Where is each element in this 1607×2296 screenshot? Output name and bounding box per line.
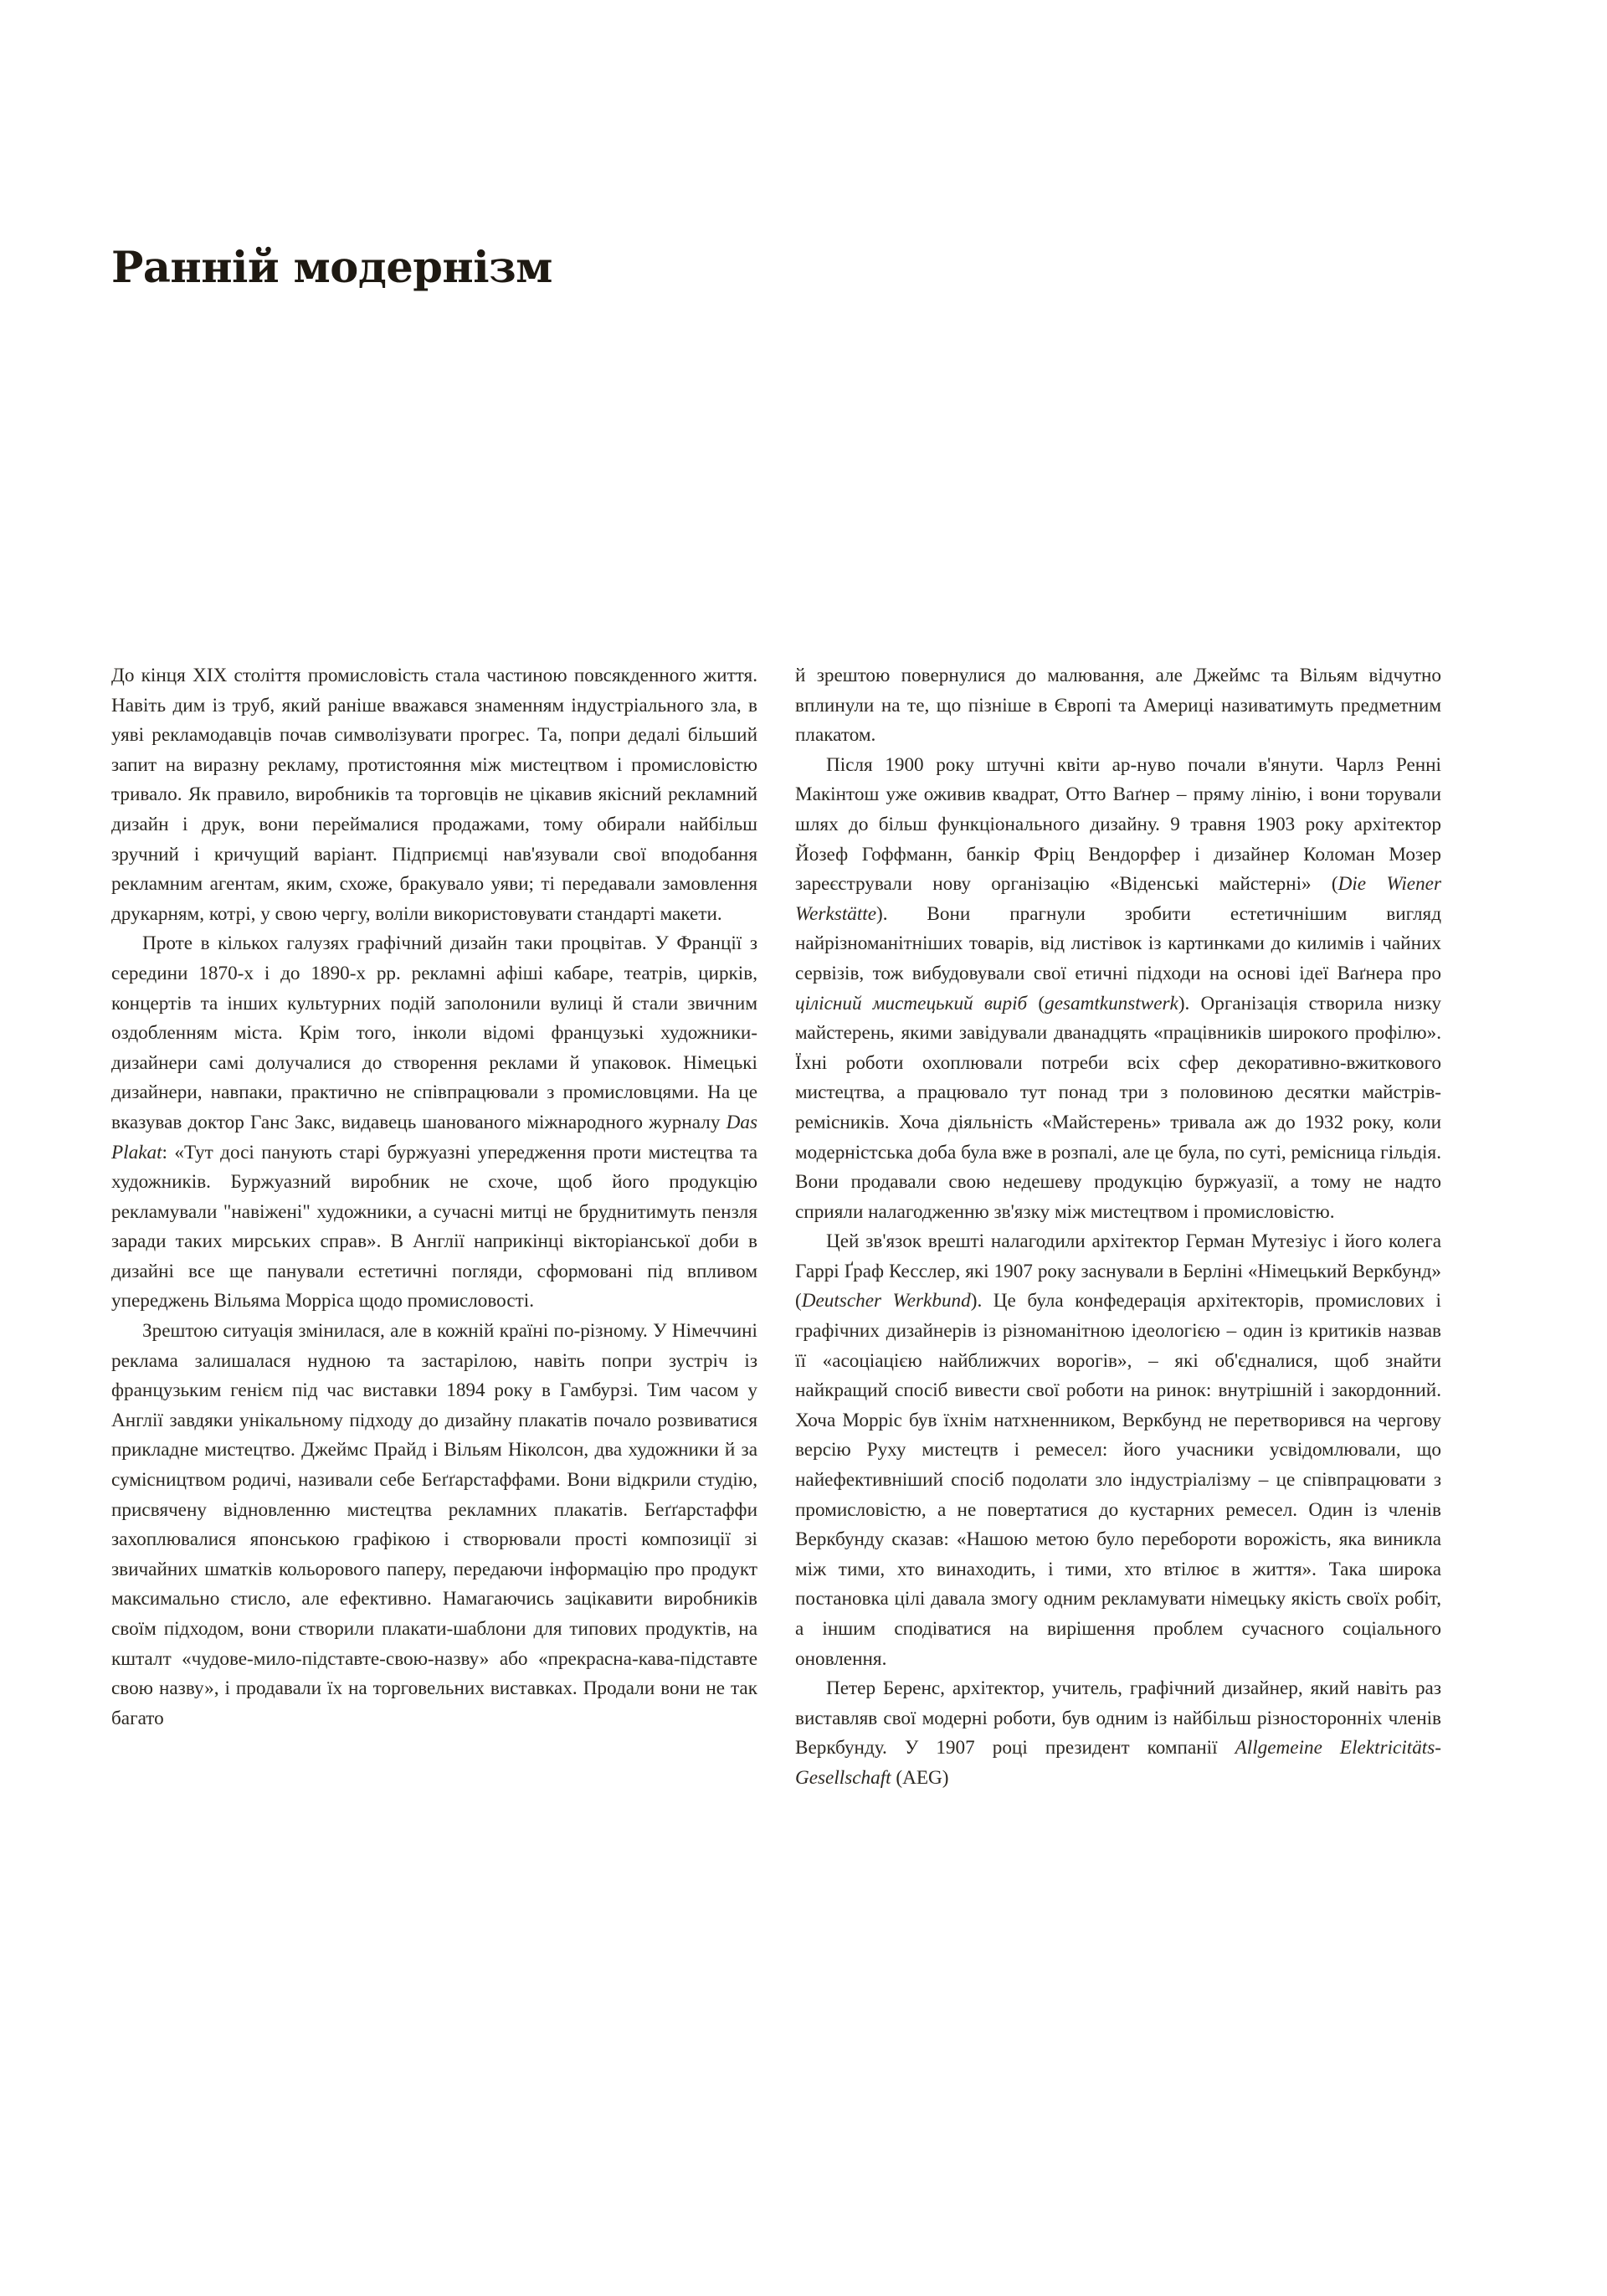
paragraph-5: Після 1900 року штучні квіти ар-нуво поч… bbox=[795, 751, 1441, 1228]
paragraph-6: Цей зв'язок врешті налагодили архітектор… bbox=[795, 1227, 1441, 1674]
paragraph-1: До кінця XIX століття промисловість стал… bbox=[111, 661, 757, 929]
text-segment: ). Організація створила низку майстерень… bbox=[795, 993, 1441, 1223]
paragraph-4: й зрештою повернулися до малювання, але … bbox=[795, 661, 1441, 751]
text-segment: Зрештою ситуація змінилася, але в кожній… bbox=[111, 1320, 757, 1729]
left-text-column: До кінця XIX століття промисловість стал… bbox=[111, 661, 757, 1734]
text-segment: ( bbox=[1027, 993, 1045, 1014]
text-segment: До кінця XIX століття промисловість стал… bbox=[111, 665, 757, 925]
term-deutscher-werkbund: Deutscher Werkbund bbox=[802, 1290, 971, 1312]
paragraph-7: Петер Беренс, архітектор, учитель, графі… bbox=[795, 1674, 1441, 1793]
paragraph-2: Проте в кількох галузях графічний дизайн… bbox=[111, 929, 757, 1317]
page-title: Ранній модернізм bbox=[111, 243, 552, 294]
paragraph-3: Зрештою ситуація змінилася, але в кожній… bbox=[111, 1317, 757, 1734]
text-segment: ). Це була конфедерація архітекторів, пр… bbox=[795, 1290, 1441, 1669]
right-text-column: й зрештою повернулися до малювання, але … bbox=[795, 661, 1441, 1794]
text-segment: : «Тут досі панують старі буржуазні упер… bbox=[111, 1142, 757, 1312]
text-segment: (AEG) bbox=[891, 1767, 949, 1789]
term-integral-artwork: цілісний мистецький виріб bbox=[795, 993, 1027, 1014]
text-segment: й зрештою повернулися до малювання, але … bbox=[795, 665, 1441, 746]
term-gesamtkunstwerk: gesamtkunstwerk bbox=[1045, 993, 1178, 1014]
text-segment: Проте в кількох галузях графічний дизайн… bbox=[111, 932, 757, 1133]
text-segment: ). Вони прагнули зробити естетичнішим ви… bbox=[795, 903, 1441, 984]
